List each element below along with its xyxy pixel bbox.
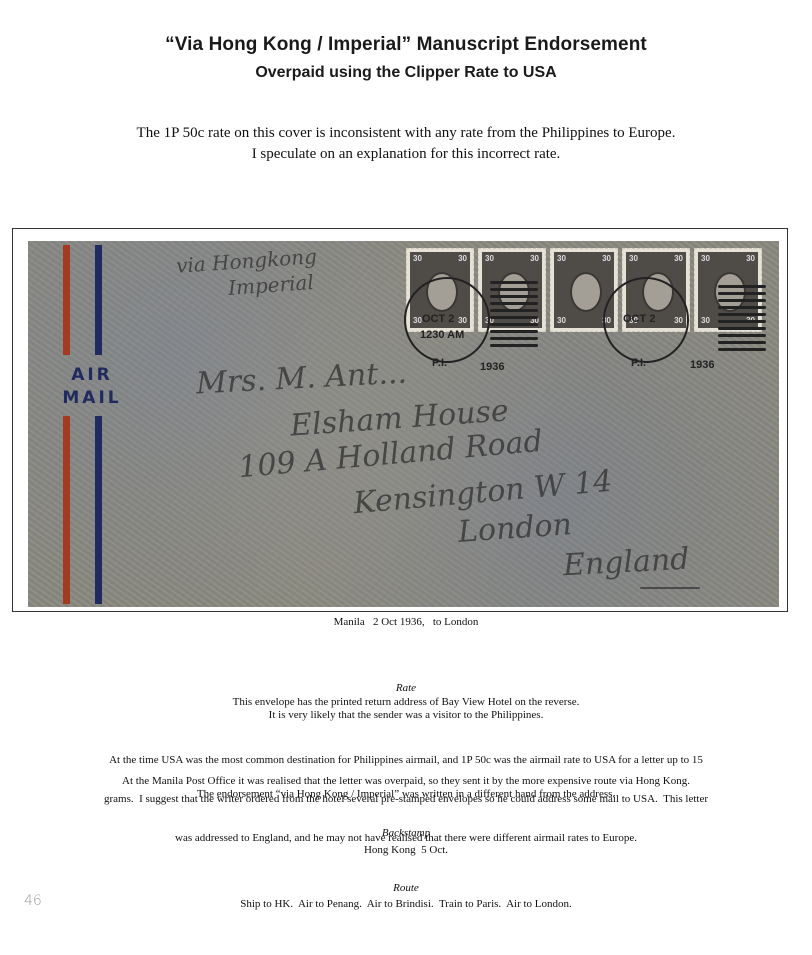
postmark-region-1: P.I. bbox=[432, 357, 447, 369]
page-subtitle: Overpaid using the Clipper Rate to USA bbox=[0, 64, 812, 82]
address-line-1: Mrs. M. Ant... bbox=[195, 356, 408, 402]
postmark-year-2: 1936 bbox=[690, 359, 714, 371]
postmark-region-2: P.I. bbox=[631, 357, 646, 369]
intro-line-2: I speculate on an explanation for this i… bbox=[0, 144, 812, 165]
rate-heading: Rate bbox=[0, 682, 812, 694]
red-stripe-top bbox=[63, 245, 70, 355]
rate-paragraph-1: This envelope has the printed return add… bbox=[0, 696, 812, 722]
rate-p1-line-2: It is very likely that the sender was a … bbox=[0, 709, 812, 722]
rate-p3-line-2: The endorsement “via Hong Kong / Imperia… bbox=[0, 788, 812, 801]
rate-p1-line-1: This envelope has the printed return add… bbox=[0, 696, 812, 709]
backstamp-text: Hong Kong 5 Oct. bbox=[0, 844, 812, 857]
cover-frame: AIR MAIL via Hongkong Imperial 30303030 … bbox=[12, 228, 788, 612]
intro-text: The 1P 50c rate on this cover is inconsi… bbox=[0, 123, 812, 165]
postmark-date-2: OCT 2 bbox=[623, 313, 655, 325]
endorsement-line-2: Imperial bbox=[227, 270, 314, 300]
backstamp-heading: Backstamp bbox=[0, 827, 812, 839]
rate-paragraph-3: At the Manila Post Office it was realise… bbox=[0, 775, 812, 801]
postmark-time-1: 1230 AM bbox=[420, 329, 464, 341]
airmail-envelope-image: AIR MAIL via Hongkong Imperial 30303030 … bbox=[28, 241, 779, 607]
red-stripe-bottom bbox=[63, 416, 70, 604]
postmark-year-1: 1936 bbox=[480, 361, 504, 373]
rate-p3-line-1: At the Manila Post Office it was realise… bbox=[0, 775, 812, 788]
killer-bars-2 bbox=[718, 285, 766, 355]
intro-line-1: The 1P 50c rate on this cover is inconsi… bbox=[0, 123, 812, 144]
airmail-label-air: AIR bbox=[44, 365, 140, 385]
airmail-label-mail: MAIL bbox=[44, 388, 140, 408]
route-heading: Route bbox=[0, 882, 812, 894]
page-title: “Via Hong Kong / Imperial” Manuscript En… bbox=[0, 34, 812, 56]
underline bbox=[640, 587, 700, 589]
address-line-5: London bbox=[457, 507, 573, 550]
blue-stripe-bottom bbox=[95, 416, 102, 604]
portrait-icon bbox=[570, 272, 602, 312]
rate-p2-line-1: At the time USA was the most common dest… bbox=[0, 754, 812, 767]
blue-stripe-top bbox=[95, 245, 102, 355]
cover-caption: Manila 2 Oct 1936, to London bbox=[0, 616, 812, 628]
postmark-date-1: OCT 2 bbox=[422, 313, 454, 325]
address-line-6: England bbox=[562, 542, 690, 584]
killer-bars-1 bbox=[490, 281, 538, 351]
route-text: Ship to HK. Air to Penang. Air to Brindi… bbox=[0, 898, 812, 911]
page-number: 46 bbox=[24, 893, 42, 909]
